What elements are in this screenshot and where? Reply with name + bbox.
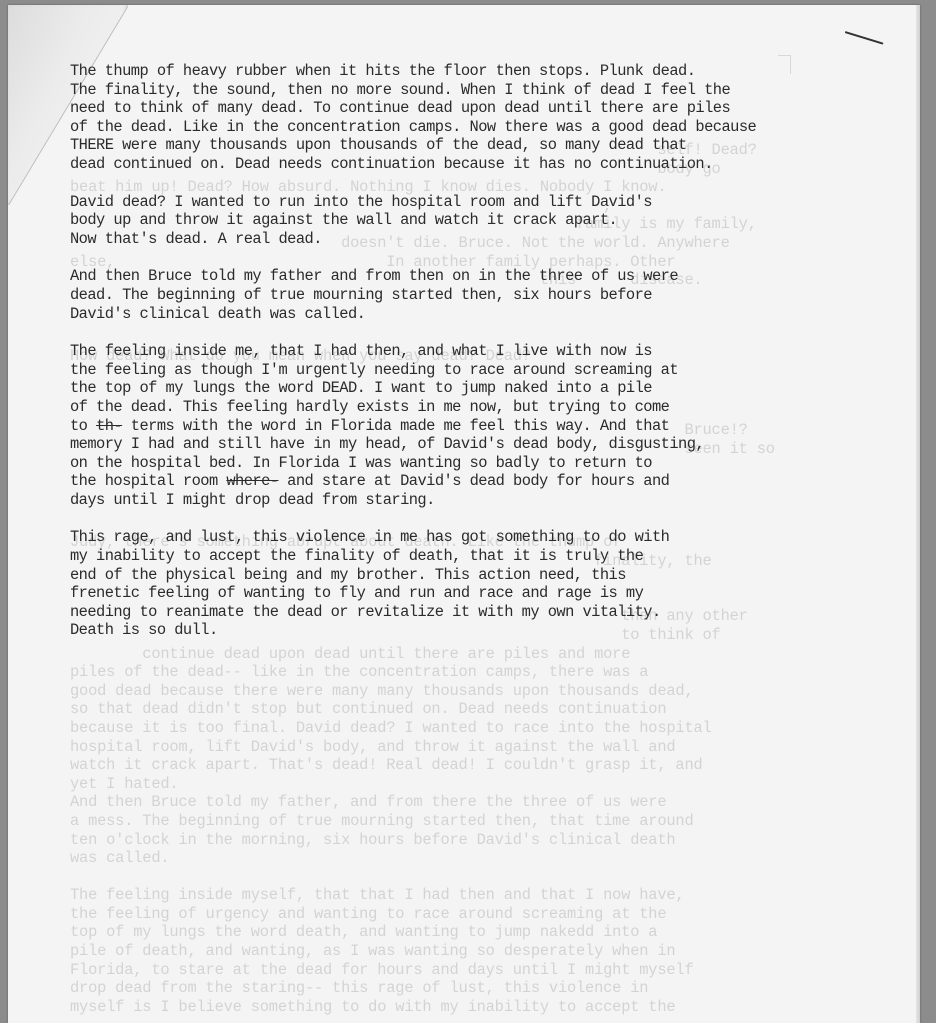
text-line: Now that's dead. A real dead. xyxy=(70,230,756,249)
text-line: need to think of many dead. To continue … xyxy=(70,99,756,118)
text-line: dead continued on. Dead needs continuati… xyxy=(70,155,756,174)
text-line: the top of my lungs the word DEAD. I wan… xyxy=(70,379,756,398)
text-line: end of the physical being and my brother… xyxy=(70,566,756,585)
text-line: The thump of heavy rubber when it hits t… xyxy=(70,62,756,81)
text-line: This rage, and lust, this violence in me… xyxy=(70,528,756,547)
text-line: needing to reanimate the dead or revital… xyxy=(70,603,756,622)
bleed-line: Florida, to stare at the dead for hours … xyxy=(70,961,748,980)
paragraph: The feeling inside me, that I had then, … xyxy=(70,342,756,509)
text-line: David dead? I wanted to run into the hos… xyxy=(70,193,756,212)
text-line: of the dead. Like in the concentration c… xyxy=(70,118,756,137)
text-line: And then Bruce told my father and from t… xyxy=(70,267,756,286)
bleed-line: the feeling of urgency and wanting to ra… xyxy=(70,905,748,924)
text-line: dead. The beginning of true mourning sta… xyxy=(70,286,756,305)
typed-body-text: The thump of heavy rubber when it hits t… xyxy=(70,62,756,659)
bleed-line: hospital room, lift David's body, and th… xyxy=(70,738,748,757)
text-line: the feeling as though I'm urgently needi… xyxy=(70,361,756,380)
bleed-line: ten o'clock in the morning, six hours be… xyxy=(70,831,748,850)
paragraph: David dead? I wanted to run into the hos… xyxy=(70,193,756,249)
text-line: the hospital room where- and stare at Da… xyxy=(70,472,756,491)
struck-word: th- xyxy=(96,417,122,435)
bleed-line: piles of the dead-- like in the concentr… xyxy=(70,663,748,682)
text-line: body up and throw it against the wall an… xyxy=(70,211,756,230)
page-edge xyxy=(916,5,920,1023)
text-line: to th- terms with the word in Florida ma… xyxy=(70,417,756,436)
text-line: my inability to accept the finality of d… xyxy=(70,547,756,566)
document-page: self! Dead? body gobeat him up! Dead? Ho… xyxy=(8,5,920,1023)
text-line: days until I might drop dead from starin… xyxy=(70,491,756,510)
bleed-line: a mess. The beginning of true mourning s… xyxy=(70,812,748,831)
text-line: memory I had and still have in my head, … xyxy=(70,435,756,454)
bleed-line: And then Bruce told my father, and from … xyxy=(70,793,748,812)
text-line: David's clinical death was called. xyxy=(70,305,756,324)
text-line: on the hospital bed. In Florida I was wa… xyxy=(70,454,756,473)
paragraph: The thump of heavy rubber when it hits t… xyxy=(70,62,756,174)
bleed-line: drop dead from the staring-- this rage o… xyxy=(70,979,748,998)
bleed-line: yet I hated. xyxy=(70,775,748,794)
text-line: of the dead. This feeling hardly exists … xyxy=(70,398,756,417)
bleed-through-mark xyxy=(778,55,791,74)
struck-word: where- xyxy=(226,472,278,490)
text-line: The finality, the sound, then no more so… xyxy=(70,81,756,100)
text-line: The feeling inside me, that I had then, … xyxy=(70,342,756,361)
text-line: frenetic feeling of wanting to fly and r… xyxy=(70,584,756,603)
document-viewer: self! Dead? body gobeat him up! Dead? Ho… xyxy=(0,0,936,1023)
bleed-line: was called. xyxy=(70,849,748,868)
bleed-line: The feeling inside myself, that that I h… xyxy=(70,886,748,905)
bleed-line: because it is too final. David dead? I w… xyxy=(70,719,748,738)
bleed-line: so that dead didn't stop but continued o… xyxy=(70,700,748,719)
paragraph: This rage, and lust, this violence in me… xyxy=(70,528,756,640)
bleed-line: myself is I believe something to do with… xyxy=(70,998,748,1017)
text-line: Death is so dull. xyxy=(70,621,756,640)
paragraph: And then Bruce told my father and from t… xyxy=(70,267,756,323)
bleed-line xyxy=(70,868,748,887)
pen-stroke-mark xyxy=(845,31,884,45)
bleed-line: pile of death, and wanting, as I was wan… xyxy=(70,942,748,961)
text-line: THERE were many thousands upon thousands… xyxy=(70,136,756,155)
bleed-line: top of my lungs the word death, and want… xyxy=(70,923,748,942)
bleed-line: watch it crack apart. That's dead! Real … xyxy=(70,756,748,775)
bleed-line: good dead because there were many many t… xyxy=(70,682,748,701)
